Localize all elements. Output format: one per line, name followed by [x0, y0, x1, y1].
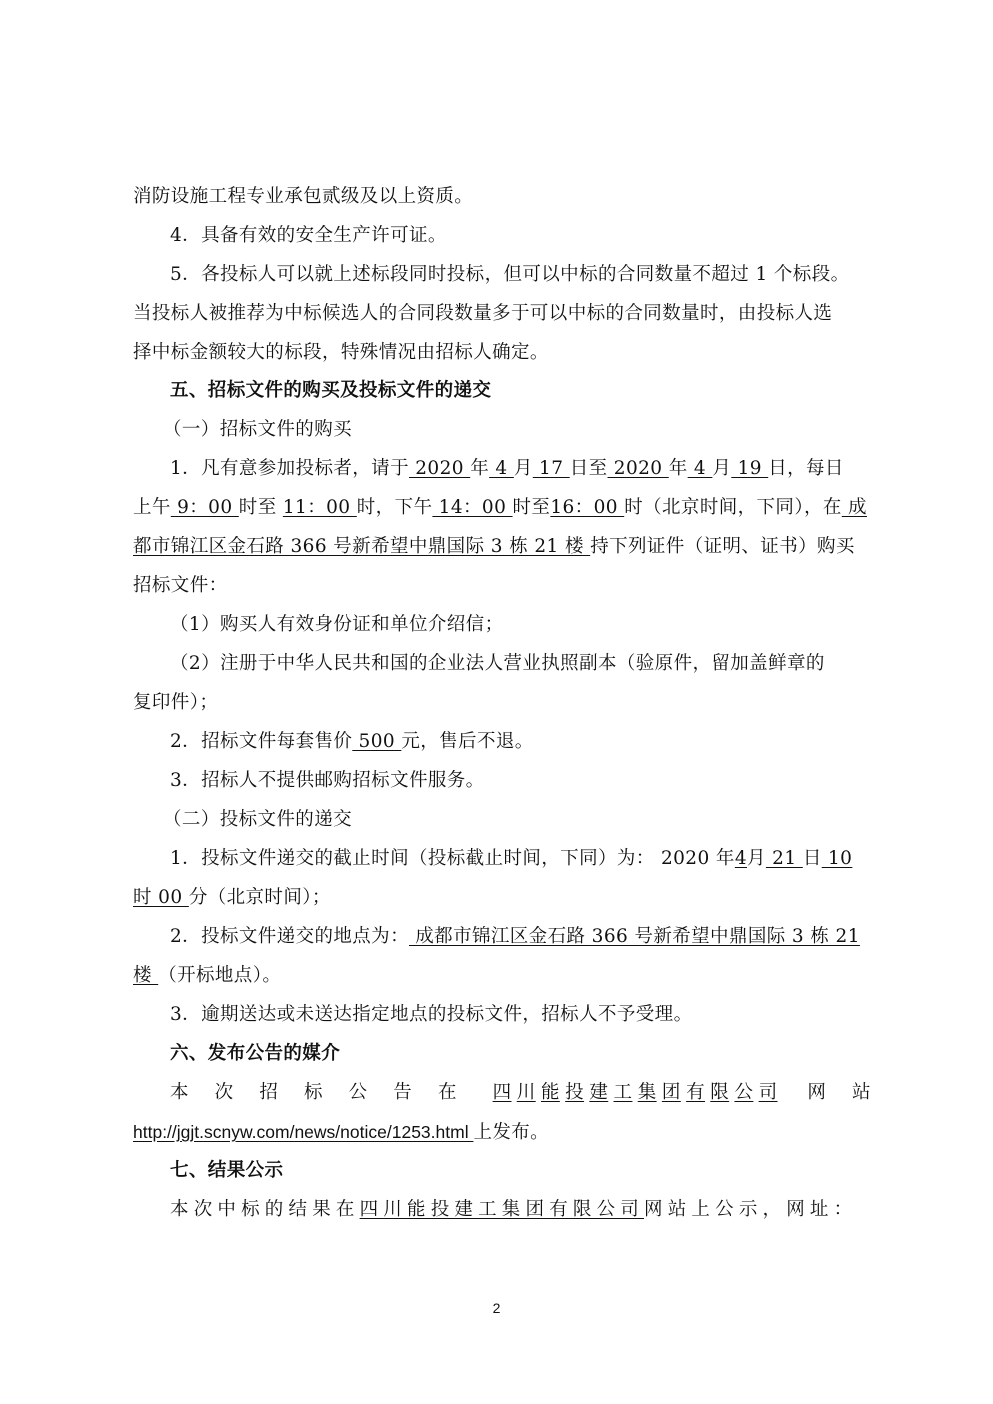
pm-end: 16：00	[550, 497, 624, 518]
purchase-hours-line: 上午 9：00 时至 11：00 时，下午 14：00 时至16：00 时（北京…	[133, 495, 871, 521]
submission-address-cont: 楼	[133, 965, 158, 986]
media-line: 本 次 招 标 公 告 在 四 川 能 投 建 工 集 团 有 限 公 司 网 …	[133, 1080, 871, 1106]
notice-url-link[interactable]: http://jgjt.scnyw.com/news/notice/1253.h…	[133, 1122, 473, 1142]
end-day: 19	[731, 458, 768, 479]
am-start: 9：00	[171, 497, 239, 518]
end-month: 4	[688, 458, 713, 479]
deadline-month: 4	[735, 848, 747, 869]
price-value: 500	[352, 731, 401, 752]
start-month: 4	[489, 458, 514, 479]
pm-start: 14：00	[432, 497, 512, 518]
page-number: 2	[0, 1300, 993, 1316]
url-line: http://jgjt.scnyw.com/news/notice/1253.h…	[133, 1119, 871, 1146]
requirement-4: 4．具备有效的安全生产许可证。	[133, 223, 871, 249]
purchase-address-line: 都市锦江区金石路 366 号新希望中鼎国际 3 栋 21 楼 持下列证件（证明、…	[133, 534, 871, 560]
purchase-address: 成	[842, 497, 867, 518]
company-name: 四 川 能 投 建 工 集 团 有 限 公 司	[493, 1080, 778, 1106]
submission-place-line: 2．投标文件递交的地点为： 成都市锦江区金石路 366 号新希望中鼎国际 3 栋…	[133, 924, 871, 950]
am-end: 11：00	[283, 497, 357, 518]
subsection-heading-2: （二）投标文件的递交	[133, 807, 871, 833]
paragraph-line: 复印件）；	[133, 690, 871, 716]
start-year: 2020	[409, 458, 470, 479]
deadline-day: 21	[766, 848, 803, 869]
end-year: 2020	[608, 458, 669, 479]
section-heading-5: 五、招标文件的购买及投标文件的递交	[133, 378, 871, 404]
deadline-minute: 时 00	[133, 887, 189, 908]
late-submission-line: 3．逾期送达或未送达指定地点的投标文件，招标人不予受理。	[133, 1002, 871, 1028]
deadline-hour: 10	[822, 848, 853, 869]
paragraph-line: 招标文件：	[133, 573, 871, 599]
submission-address: 成都市锦江区金石路 366 号新希望中鼎国际 3 栋 21	[409, 926, 860, 947]
price-line: 2．招标文件每套售价 500 元，售后不退。	[133, 729, 871, 755]
start-day: 17	[533, 458, 570, 479]
company-name-2: 四川能投建工集团有限公司	[360, 1199, 644, 1220]
paragraph-line: 择中标金额较大的标段，特殊情况由招标人确定。	[133, 340, 871, 366]
purchase-address-cont: 都市锦江区金石路 366 号新希望中鼎国际 3 栋 21 楼	[133, 536, 590, 557]
submission-place-cont: 楼 （开标地点）。	[133, 963, 871, 989]
purchase-time-line: 1．凡有意参加投标者，请于 2020 年 4 月 17 日至 2020 年 4 …	[133, 456, 871, 482]
deadline-line-cont: 时 00 分（北京时间）；	[133, 885, 871, 911]
section-heading-6: 六、发布公告的媒介	[133, 1041, 871, 1067]
subsection-heading-1: （一）招标文件的购买	[133, 417, 871, 443]
requirement-5: 5．各投标人可以就上述标段同时投标，但可以中标的合同数量不超过 1 个标段。	[133, 262, 871, 288]
result-line: 本次中标的结果在四川能投建工集团有限公司网站上公示，网址：	[133, 1197, 871, 1223]
no-mail-line: 3．招标人不提供邮购招标文件服务。	[133, 768, 871, 794]
deadline-line: 1．投标文件递交的截止时间（投标截止时间，下同）为： 2020 年4月 21 日…	[133, 846, 871, 872]
paragraph-line: 消防设施工程专业承包贰级及以上资质。	[133, 184, 871, 210]
doc-item-1: （1）购买人有效身份证和单位介绍信；	[133, 612, 871, 638]
doc-item-2: （2）注册于中华人民共和国的企业法人营业执照副本（验原件，留加盖鲜章的	[133, 651, 871, 677]
paragraph-line: 当投标人被推荐为中标候选人的合同段数量多于可以中标的合同数量时，由投标人选	[133, 301, 871, 327]
section-heading-7: 七、结果公示	[133, 1158, 871, 1184]
